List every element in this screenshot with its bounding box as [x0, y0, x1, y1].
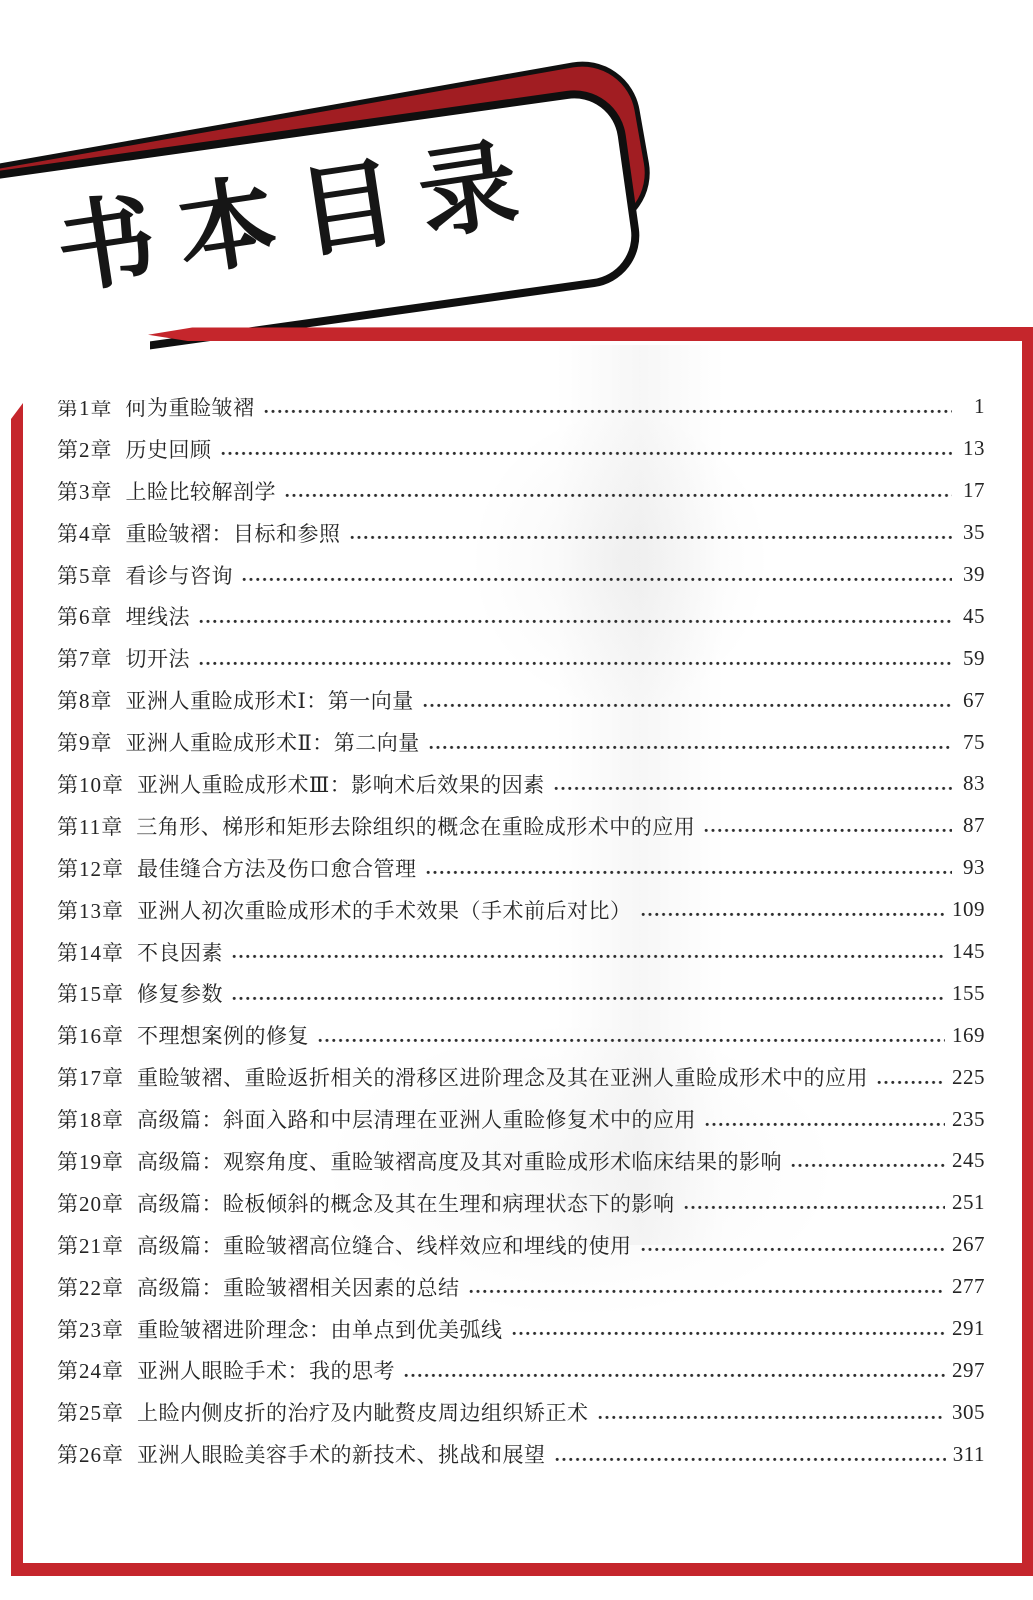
chapter-title: 重睑皱褶、重睑返折相关的滑移区进阶理念及其在亚洲人重睑成形术中的应用	[137, 1062, 868, 1092]
chapter-label: 第21章	[57, 1230, 124, 1260]
toc-row: 第5章 看诊与咨询 39	[57, 554, 985, 596]
toc-row: 第17章 重睑皱褶、重睑返折相关的滑移区进阶理念及其在亚洲人重睑成形术中的应用 …	[57, 1056, 985, 1098]
chapter-label: 第10章	[57, 769, 124, 799]
toc-row: 第7章 切开法 59	[57, 637, 985, 679]
dot-leader	[404, 1373, 945, 1378]
toc-row: 第13章 亚洲人初次重睑成形术的手术效果（手术前后对比） 109	[57, 889, 985, 931]
toc-row: 第18章 高级篇：斜面入路和中层清理在亚洲人重睑修复术中的应用 235	[57, 1098, 985, 1140]
dot-leader	[512, 1331, 946, 1336]
chapter-page: 297	[952, 1358, 985, 1383]
chapter-page: 59	[959, 646, 985, 671]
dot-leader	[232, 996, 945, 1001]
toc-row: 第4章 重睑皱褶：目标和参照 35	[57, 512, 985, 554]
chapter-page: 75	[959, 730, 985, 755]
chapter-label: 第18章	[57, 1104, 124, 1134]
chapter-page: 93	[959, 855, 985, 880]
toc-row: 第26章 亚洲人眼睑美容手术的新技术、挑战和展望 311	[57, 1433, 985, 1475]
dot-leader	[199, 661, 952, 666]
chapter-label: 第15章	[57, 978, 124, 1008]
dot-leader	[641, 912, 946, 917]
dot-leader	[469, 1289, 946, 1294]
chapter-page: 83	[959, 771, 985, 796]
chapter-page: 169	[952, 1023, 985, 1048]
chapter-page: 87	[959, 813, 985, 838]
chapter-page: 305	[952, 1400, 985, 1425]
dot-leader	[423, 703, 952, 708]
chapter-page: 291	[952, 1316, 985, 1341]
toc-row: 第19章 高级篇：观察角度、重睑皱褶高度及其对重睑成形术临床结果的影响 245	[57, 1140, 985, 1182]
chapter-label: 第9章	[57, 727, 113, 757]
toc-row: 第20章 高级篇：睑板倾斜的概念及其在生理和病理状态下的影响 251	[57, 1182, 985, 1224]
toc-row: 第8章 亚洲人重睑成形术Ⅰ：第一向量 67	[57, 679, 985, 721]
dot-leader	[242, 577, 952, 582]
chapter-page: 245	[952, 1148, 985, 1173]
dot-leader	[598, 1415, 946, 1420]
toc-row: 第9章 亚洲人重睑成形术Ⅱ：第二向量 75	[57, 721, 985, 763]
frame-left-bar	[11, 403, 23, 1563]
dot-leader	[554, 786, 952, 791]
chapter-page: 109	[952, 897, 985, 922]
chapter-page: 67	[959, 688, 985, 713]
chapter-label: 第13章	[57, 895, 124, 925]
dot-leader	[426, 870, 953, 875]
toc-row: 第10章 亚洲人重睑成形术Ⅲ：影响术后效果的因素 83	[57, 763, 985, 805]
toc-row: 第15章 修复参数 155	[57, 972, 985, 1014]
chapter-title: 最佳缝合方法及伤口愈合管理	[137, 853, 417, 883]
dot-leader	[791, 1163, 945, 1168]
dot-leader	[232, 954, 945, 959]
chapter-label: 第17章	[57, 1062, 124, 1092]
chapter-title: 不良因素	[137, 937, 223, 967]
chapter-title: 亚洲人重睑成形术Ⅱ：第二向量	[126, 727, 420, 757]
toc-row: 第14章 不良因素 145	[57, 931, 985, 973]
dot-leader	[877, 1080, 945, 1085]
chapter-title: 上睑比较解剖学	[126, 476, 277, 506]
chapter-page: 155	[952, 981, 985, 1006]
dot-leader	[705, 1122, 945, 1127]
chapter-title: 上睑内侧皮折的治疗及内眦赘皮周边组织矫正术	[137, 1397, 589, 1427]
toc-row: 第21章 高级篇：重睑皱褶高位缝合、线样效应和埋线的使用 267	[57, 1224, 985, 1266]
chapter-title: 高级篇：观察角度、重睑皱褶高度及其对重睑成形术临床结果的影响	[137, 1146, 782, 1176]
toc-row: 第24章 亚洲人眼睑手术：我的思考 297	[57, 1349, 985, 1391]
toc-row: 第2章 历史回顾 13	[57, 428, 985, 470]
toc-row: 第3章 上睑比较解剖学 17	[57, 470, 985, 512]
chapter-page: 235	[952, 1107, 985, 1132]
dot-leader	[684, 1205, 946, 1210]
chapter-title: 高级篇：重睑皱褶高位缝合、线样效应和埋线的使用	[137, 1230, 632, 1260]
chapter-label: 第12章	[57, 853, 124, 883]
chapter-label: 第14章	[57, 937, 124, 967]
dot-leader	[318, 1038, 945, 1043]
chapter-label: 第16章	[57, 1020, 124, 1050]
chapter-label: 第20章	[57, 1188, 124, 1218]
chapter-label: 第22章	[57, 1272, 124, 1302]
toc-page: 书本目录 第1章 何为重睑皱褶 1 第2章 历史回顾 13 第3章 上睑比较解剖…	[0, 0, 1033, 1600]
chapter-title: 亚洲人初次重睑成形术的手术效果（手术前后对比）	[137, 895, 632, 925]
chapter-page: 39	[959, 562, 985, 587]
chapter-label: 第19章	[57, 1146, 124, 1176]
chapter-page: 13	[959, 436, 985, 461]
chapter-title: 亚洲人眼睑美容手术的新技术、挑战和展望	[137, 1439, 546, 1469]
dot-leader	[199, 619, 952, 624]
chapter-page: 251	[952, 1190, 985, 1215]
frame-top-bar	[148, 327, 1033, 341]
chapter-page: 45	[959, 604, 985, 629]
toc-row: 第6章 埋线法 45	[57, 595, 985, 637]
chapter-title: 亚洲人重睑成形术Ⅲ：影响术后效果的因素	[137, 769, 545, 799]
chapter-page: 17	[959, 478, 985, 503]
chapter-label: 第8章	[57, 685, 113, 715]
banner-bubble-patch	[0, 328, 150, 400]
chapter-title: 重睑皱褶进阶理念：由单点到优美弧线	[137, 1314, 503, 1344]
toc-row: 第16章 不理想案例的修复 169	[57, 1014, 985, 1056]
chapter-page: 35	[959, 520, 985, 545]
chapter-label: 第6章	[57, 601, 113, 631]
toc-row: 第22章 高级篇：重睑皱褶相关因素的总结 277	[57, 1266, 985, 1308]
chapter-title: 历史回顾	[126, 434, 212, 464]
chapter-title: 不理想案例的修复	[137, 1020, 309, 1050]
chapter-page: 145	[952, 939, 985, 964]
chapter-label: 第24章	[57, 1355, 124, 1385]
chapter-label: 第25章	[57, 1397, 124, 1427]
chapter-page: 277	[952, 1274, 985, 1299]
dot-leader	[429, 745, 952, 750]
dot-leader	[221, 451, 953, 456]
chapter-title: 三角形、梯形和矩形去除组织的概念在重睑成形术中的应用	[136, 811, 695, 841]
dot-leader	[555, 1457, 946, 1462]
dot-leader	[641, 1247, 946, 1252]
chapter-title: 高级篇：睑板倾斜的概念及其在生理和病理状态下的影响	[137, 1188, 675, 1218]
toc-row: 第12章 最佳缝合方法及伤口愈合管理 93	[57, 847, 985, 889]
chapter-page: 267	[952, 1232, 985, 1257]
chapter-title: 埋线法	[126, 601, 191, 631]
chapter-title: 亚洲人重睑成形术Ⅰ：第一向量	[126, 685, 414, 715]
chapter-label: 第3章	[57, 476, 113, 506]
chapter-label: 第26章	[57, 1439, 124, 1469]
scanned-toc-page: { "banner": { "title": "书本目录" }, "colors…	[0, 0, 1033, 1600]
chapter-label: 第5章	[57, 560, 113, 590]
dot-leader	[350, 535, 953, 540]
title-banner: 书本目录	[0, 0, 1033, 420]
chapter-title: 重睑皱褶：目标和参照	[126, 518, 341, 548]
chapter-page: 225	[952, 1065, 985, 1090]
toc-list: 第1章 何为重睑皱褶 1 第2章 历史回顾 13 第3章 上睑比较解剖学 17 …	[57, 386, 985, 1475]
chapter-title: 高级篇：重睑皱褶相关因素的总结	[137, 1272, 460, 1302]
chapter-title: 切开法	[126, 643, 191, 673]
toc-row: 第23章 重睑皱褶进阶理念：由单点到优美弧线 291	[57, 1308, 985, 1350]
dot-leader	[285, 493, 952, 498]
frame-bottom-bar	[11, 1563, 1033, 1576]
chapter-title: 高级篇：斜面入路和中层清理在亚洲人重睑修复术中的应用	[137, 1104, 696, 1134]
chapter-title: 亚洲人眼睑手术：我的思考	[137, 1355, 395, 1385]
chapter-label: 第4章	[57, 518, 113, 548]
chapter-label: 第7章	[57, 643, 113, 673]
toc-row: 第25章 上睑内侧皮折的治疗及内眦赘皮周边组织矫正术 305	[57, 1391, 985, 1433]
chapter-label: 第23章	[57, 1314, 124, 1344]
frame-right-bar	[1022, 329, 1033, 1576]
chapter-page: 311	[953, 1442, 985, 1467]
toc-row: 第11章 三角形、梯形和矩形去除组织的概念在重睑成形术中的应用 87	[57, 805, 985, 847]
dot-leader	[704, 828, 952, 833]
chapter-label: 第11章	[57, 811, 123, 841]
chapter-title: 修复参数	[137, 978, 223, 1008]
chapter-title: 看诊与咨询	[126, 560, 234, 590]
chapter-label: 第2章	[57, 434, 113, 464]
